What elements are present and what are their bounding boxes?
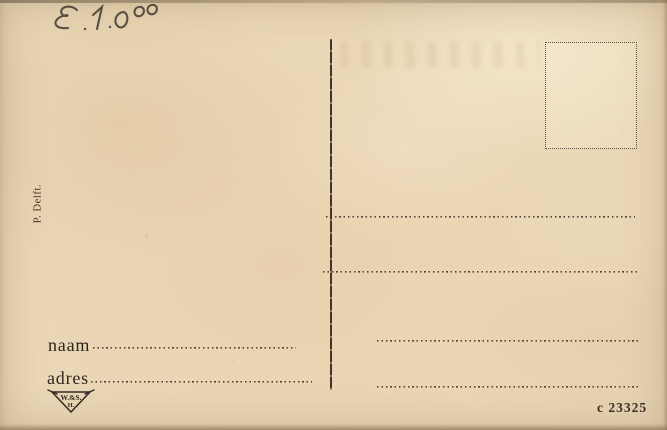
postcard-back: P. Delft. naam adres W.&S. H. c 23325 (0, 0, 667, 430)
publisher-logo: W.&S. H. (47, 387, 95, 414)
name-field-label: naam (48, 336, 90, 354)
address-line-2 (323, 271, 639, 273)
address-line-1 (326, 216, 635, 218)
name-field-line (93, 347, 296, 349)
bottom-edge-shadow (0, 424, 667, 430)
serial-number: c 23325 (597, 400, 647, 416)
center-divider-line (330, 39, 332, 390)
right-edge-shadow (663, 0, 667, 430)
address-line-3 (377, 340, 639, 342)
stamp-box (545, 42, 637, 149)
address-field-line (91, 381, 312, 383)
handwritten-note (42, 2, 182, 42)
logo-initial-h: H. (68, 402, 75, 409)
address-field-label: adres (47, 369, 89, 387)
publisher-credit: P. Delft. (33, 174, 44, 234)
address-line-4 (377, 386, 640, 388)
ink-showthrough-smudge (340, 42, 540, 68)
logo-initials: W.&S. (61, 393, 82, 402)
